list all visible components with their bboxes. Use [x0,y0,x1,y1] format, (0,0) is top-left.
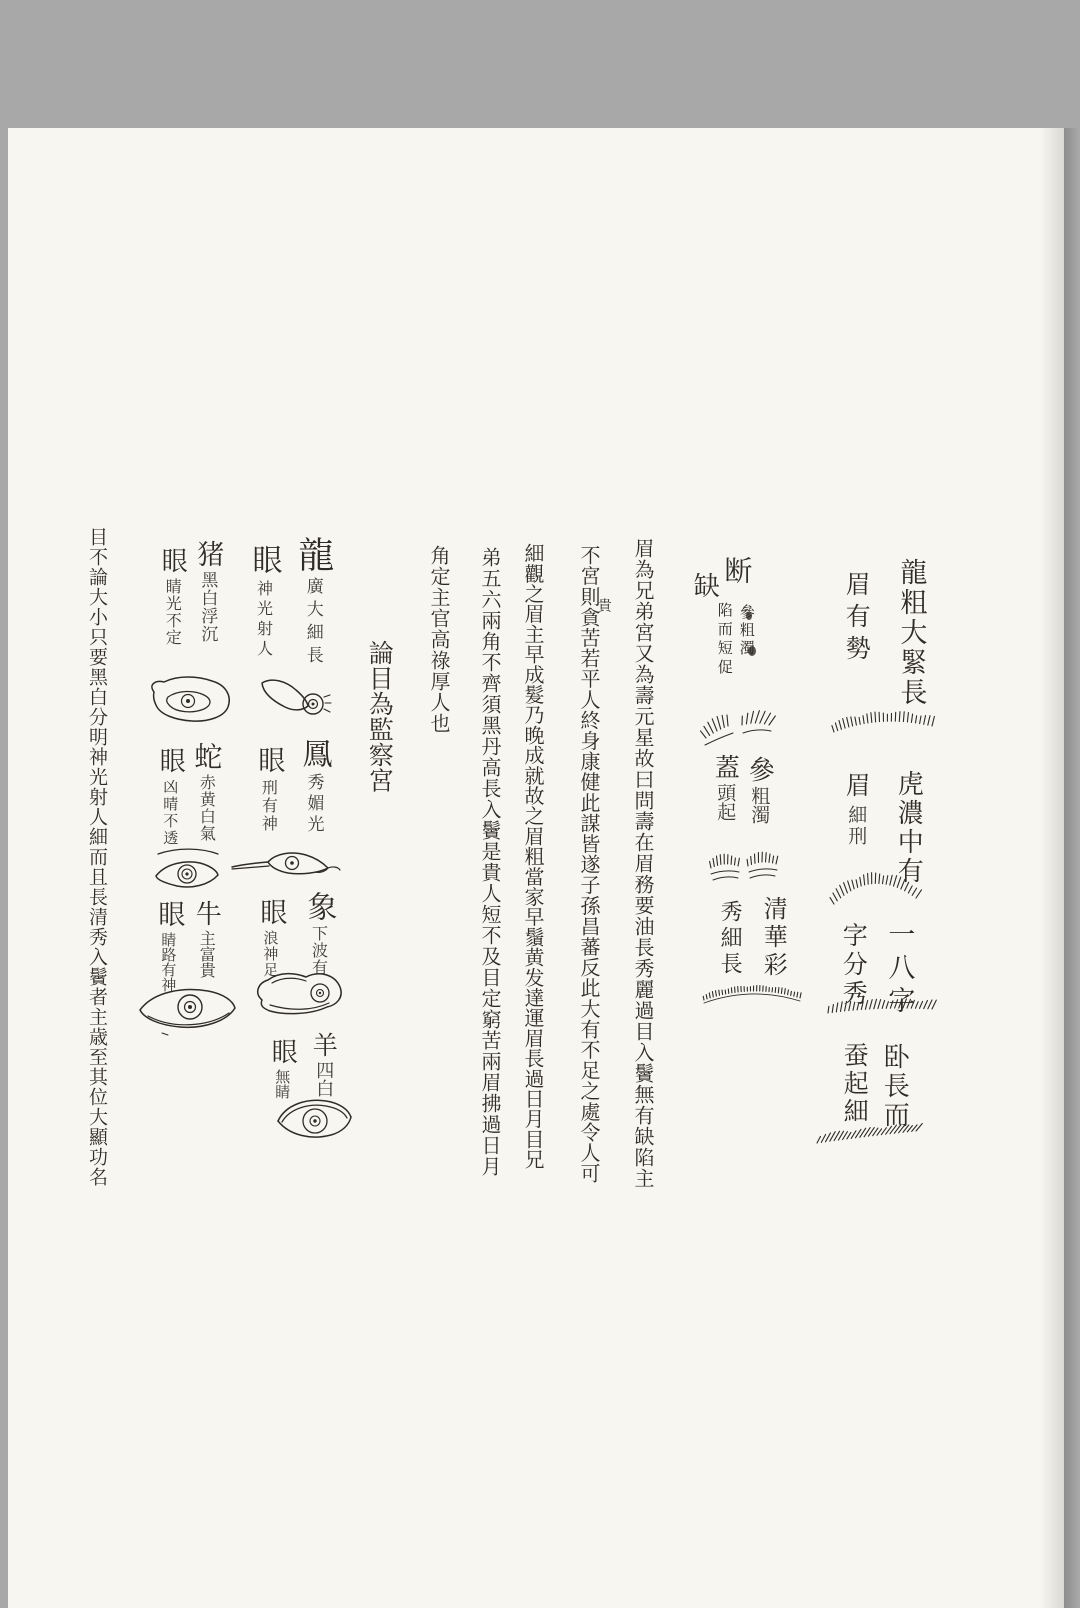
coarse-eyebrow-label-note: 粗濁 [748,786,770,824]
phoenix-eye-sublabel-note: 刑有神 [259,779,278,833]
ox-eye-sublabel-head: 眼 [153,900,184,927]
dragon-eye-label-head: 龍 [293,536,334,572]
broken-eyebrow-label: 断 [722,556,751,584]
ox-eye-label: 牛主富貴 [192,900,219,978]
phoenix-eye-sublabel: 眼刑有神 [254,746,282,833]
dragon-eye-sublabel: 眼神光射人 [248,544,280,660]
dragon-eye-drawing [256,676,330,720]
dragon-eye-label-note: 廣大細長 [303,577,323,669]
pig-eye-label-note: 黑白浮沉 [197,571,217,643]
essay-column-1: 眉為兄弟宮又為壽元星故曰問壽在眉務要油長秀麗過目入鬢無有缺陷主 [632,538,653,1189]
coarse-eyebrow-sublabel-note: 頭起 [714,783,736,821]
pig-eye-drawing [144,672,234,730]
page-edge-shadow [1040,128,1064,1608]
pig-eye-sublabel: 眼睛光不定 [158,547,185,646]
eye-section-heading: 論目為監察宮 [366,640,392,793]
ox-eye-label-head: 牛 [191,900,221,926]
phoenix-eye-sublabel-head: 眼 [253,746,284,773]
broken-eyebrow-drawing [698,708,776,748]
goat-eye-label-head: 羊 [309,1032,338,1057]
ink-blot [748,646,756,656]
goat-eye-sublabel-head: 眼 [267,1038,297,1064]
dragon-eyebrow-label: 龍粗大緊長 [896,558,924,708]
elephant-eye-sublabel-head: 眼 [255,898,286,925]
snake-eye-label: 蛇赤黄白氣 [192,742,221,842]
snake-eye-sublabel: 眼凶晴不透 [156,747,183,847]
phoenix-eye-drawing [230,844,342,882]
pig-eye-label-head: 猪 [192,540,223,567]
tiger-eyebrow-drawing [828,862,922,908]
elephant-eye-label-head: 象 [302,891,337,921]
goat-eye-sublabel: 眼無睛 [268,1038,295,1099]
clear-eyebrow-sublabel: 秀細長 [718,900,741,978]
tiger-eyebrow-sublabel: 眉細刑 [843,772,869,847]
clear-eyebrow-label: 清華彩 [760,896,785,980]
dragon-eye-sublabel-head: 眼 [247,544,282,574]
snake-eye-sublabel-head: 眼 [155,747,185,773]
coarse-eyebrow-sublabel-head: 蓋 [711,754,740,779]
coarse-eyebrow-drawing [705,848,785,882]
silkworm-eyebrow-drawing [814,1120,922,1146]
essay-column-4: 弟五六兩角不齊須黑丹高長入鬢是貴人短不及目定窮苦兩眉拂過日月 [479,547,500,1177]
eight-char-eyebrow-drawing [824,994,936,1024]
tiger-eyebrow-sublabel-head: 眉 [842,772,871,799]
ox-eye-sublabel: 眼睛路有神 [154,900,182,992]
tiger-eyebrow-sublabel-note: 細刑 [845,805,867,847]
ox-eye-drawing [134,982,240,1036]
snake-eye-sublabel-note: 凶晴不透 [161,779,179,847]
broken-eyebrow-sublabel-note: 陷而短促 [716,602,732,678]
scan-gutter-shadow [1064,128,1080,1608]
ink-blot [746,612,752,620]
ox-eye-label-note: 主富貴 [197,930,216,978]
essay-column-5: 角定主官高祿厚人也 [428,545,449,734]
snake-eye-drawing [148,846,226,900]
dragon-eye-sublabel-note: 神光射人 [255,580,274,660]
elephant-eye-sublabel: 眼浪神足 [256,898,284,978]
silkworm-eyebrow-label: 卧長而 [880,1043,907,1130]
broken-eyebrow-sublabel: 缺 [690,572,717,598]
goat-eye-drawing [272,1094,356,1142]
snake-eye-label-head: 蛇 [190,742,223,770]
coarse-eyebrow-label: 參粗濁 [745,756,772,824]
essay-column-2: 不宮則貪苦若平人終身康健此謀皆遂子孫昌蕃反此大有不足之處令人可 [578,545,599,1184]
manuscript-scan: 龍粗大緊長 眉有勢 虎濃中有 眉細刑 一八字 字分秀 卧長而 蚕起細 断 參粗濁… [0,0,1080,1608]
phoenix-eye-label-head: 鳳 [297,738,332,768]
silkworm-eyebrow-sublabel: 蚕起細 [841,1042,867,1126]
essay-column-3: 細觀之眉主早成髮乃晚成就故之眉粗當家早鬚黄发達運眉長過日月目兄 [522,543,543,1169]
pig-eye-sublabel-head: 眼 [157,547,187,573]
interlinear-note: 貴 [596,598,611,612]
dragon-eyebrow-drawing [830,702,936,742]
closing-column: 目不論大小只要黑白分明神光射人細而且長清秀入鬢者主歳至其位大顯功名 [86,527,106,1187]
pig-eye-label: 猪黑白浮沉 [193,540,221,643]
dragon-eye-label: 龍廣大細長 [294,536,332,669]
goat-eye-label: 羊四白 [310,1032,336,1097]
snake-eye-label-note: 赤黄白氣 [197,774,216,842]
elephant-eye-drawing [250,968,346,1032]
phoenix-eye-label-note: 秀媚光 [304,773,324,836]
phoenix-eye-label: 鳳秀媚光 [298,738,330,836]
elephant-eye-label: 象下波有 [303,891,335,976]
clear-eyebrow-drawing [700,978,804,1006]
dragon-eyebrow-sublabel: 眉有勢 [843,571,869,667]
goat-eye-label-note: 四白 [313,1061,334,1097]
pig-eye-sublabel-note: 睛光不定 [163,578,182,646]
coarse-eyebrow-label-head: 參 [744,756,774,782]
coarse-eyebrow-sublabel: 蓋頭起 [712,754,738,821]
